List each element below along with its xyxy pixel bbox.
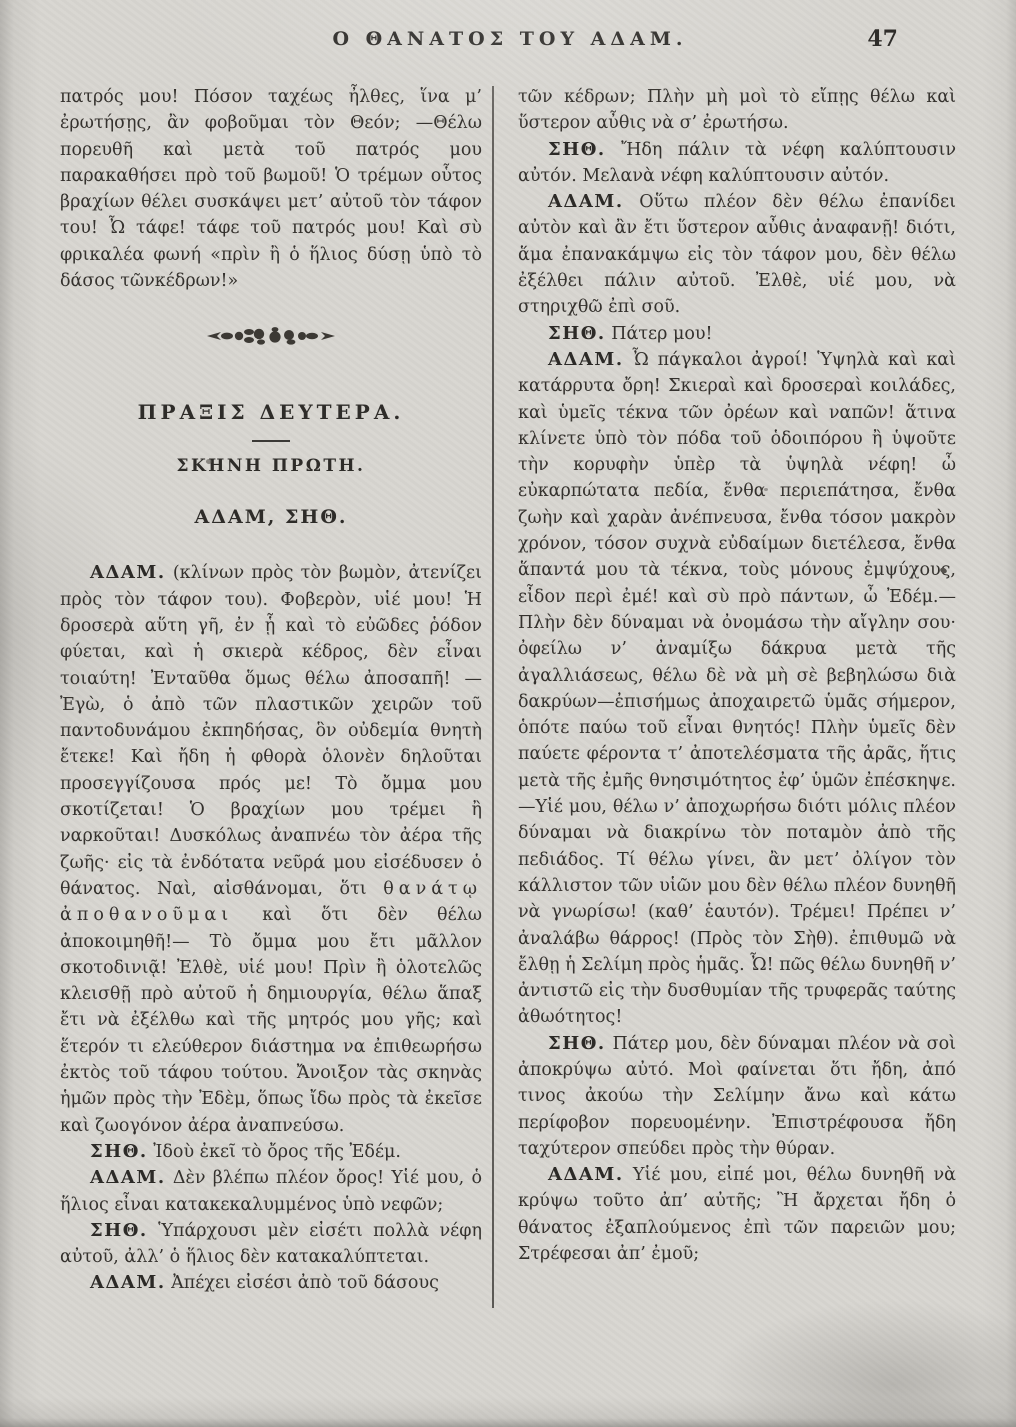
speaker-label: ΑΔΑΜ. <box>90 562 166 583</box>
speaker-label: ΣΗΘ. <box>548 1033 606 1054</box>
speech-adam-6: ΑΔΑΜ. Υἱέ μου, εἰπέ μοι, θέλω δυνηθῆ νὰ … <box>518 1162 956 1267</box>
speaker-label: ΣΗΘ. <box>90 1220 148 1241</box>
speech-text: (κλίνων πρὸς τὸν βωμὸν, ἀτενίζει πρὸς τὸ… <box>60 563 482 899</box>
heading-rule <box>252 440 290 442</box>
ink-speck <box>764 488 768 491</box>
speech-adam-2: ΑΔΑΜ. Δὲν βλέπω πλέον ὄρος! Υἱέ μου, ὁ ἥ… <box>60 1165 482 1218</box>
speech-text: Πάτερ μου! <box>611 324 712 344</box>
speaker-label: ΑΔΑΜ. <box>548 1164 624 1185</box>
speaker-label: ΑΔΑΜ. <box>90 1272 166 1293</box>
ink-speck <box>206 459 212 464</box>
speech-adam-1: ΑΔΑΜ. (κλίνων πρὸς τὸν βωμὸν, ἀτενίζει π… <box>60 560 482 1139</box>
speech-seth-1: ΣΗΘ. Ἰδοὺ ἐκεῖ τὸ ὄρος τῆς Ἐδέμ. <box>60 1139 482 1165</box>
speech-text: Ὦ πάγκαλοι ἀγροί! Ὑψηλὰ καὶ καὶ κατάρρυτ… <box>518 350 956 1027</box>
speaker-label: ΑΔΑΜ. <box>90 1167 166 1188</box>
speech-seth-2: ΣΗΘ. Ὑπάρχουσι μὲν εἰσέτι πολλὰ νέφη αὐτ… <box>60 1218 482 1271</box>
act-heading: ΠΡΑΞΙΣ ΔΕΥΤΕΡΑ. <box>60 400 482 424</box>
left-speeches: ΑΔΑΜ. (κλίνων πρὸς τὸν βωμὸν, ἀτενίζει π… <box>60 560 482 1296</box>
ornament-row <box>60 324 482 352</box>
speech-adam-4: ΑΔΑΜ. Οὕτω πλέον δὲν θέλω ἐπανίδει αὐτὸν… <box>518 189 956 320</box>
speech-seth-3: ΣΗΘ. Ἤδη πάλιν τὰ νέφη καλύπτουσιν αὐτόν… <box>518 137 956 190</box>
speech-seth-5: ΣΗΘ. Πάτερ μου, δὲν δύναμαι πλέον νὰ σοὶ… <box>518 1031 956 1162</box>
speech-seth-4: ΣΗΘ. Πάτερ μου! <box>518 321 956 347</box>
speech-text: Ἰδοὺ ἐκεῖ τὸ ὄρος τῆς Ἐδέμ. <box>153 1142 401 1162</box>
speaker-label: ΑΔΑΜ. <box>548 191 624 212</box>
speech-text: καὶ ὅτι δὲν θέλω ἀποκοιμηθῆ!— Τὸ ὄμμα μο… <box>60 905 482 1135</box>
speaker-label: ΣΗΘ. <box>90 1141 148 1162</box>
running-header: Ο ΘΑΝΑΤΟΣ ΤΟΥ ΑΔΑΜ. 47 <box>0 28 1016 64</box>
speech-adam-3: ΑΔΑΜ. Ἀπέχει εἰσέσι ἀπὸ τοῦ δάσους <box>60 1270 482 1296</box>
floral-ornament-icon <box>205 333 337 352</box>
speech-text: Ἀπέχει εἰσέσι ἀπὸ τοῦ δάσους <box>171 1273 439 1293</box>
right-column: τῶν κέδρων; Πλὴν μὴ μοὶ τὸ εἴπῃς θέλω κα… <box>518 84 956 1297</box>
continued-paragraph: πατρός μου! Πόσον ταχέως ἦλθες, ἵνα μ’ ἐ… <box>60 84 482 294</box>
characters-heading: ΑΔΑΜ, ΣΗΘ. <box>60 506 482 528</box>
page-title: Ο ΘΑΝΑΤΟΣ ΤΟΥ ΑΔΑΜ. <box>300 28 720 50</box>
left-column: πατρός μου! Πόσον ταχέως ἦλθες, ἵνα μ’ ἐ… <box>60 84 482 1297</box>
speaker-label: ΣΗΘ. <box>548 139 606 160</box>
speaker-label: ΣΗΘ. <box>548 323 606 344</box>
page-number: 47 <box>867 26 898 52</box>
scene-heading: ΣΚΗΝΗ ΠΡΩΤΗ. <box>60 456 482 476</box>
continued-paragraph: τῶν κέδρων; Πλὴν μὴ μοὶ τὸ εἴπῃς θέλω κα… <box>518 84 956 137</box>
speaker-label: ΑΔΑΜ. <box>548 349 624 370</box>
speech-adam-5: ΑΔΑΜ. Ὦ πάγκαλοι ἀγροί! Ὑψηλὰ καὶ καὶ κα… <box>518 347 956 1031</box>
text-columns: πατρός μου! Πόσον ταχέως ἦλθες, ἵνα μ’ ἐ… <box>60 84 956 1297</box>
scanned-book-page: Ο ΘΑΝΑΤΟΣ ΤΟΥ ΑΔΑΜ. 47 πατρός μου! Πόσον… <box>0 0 1016 1427</box>
